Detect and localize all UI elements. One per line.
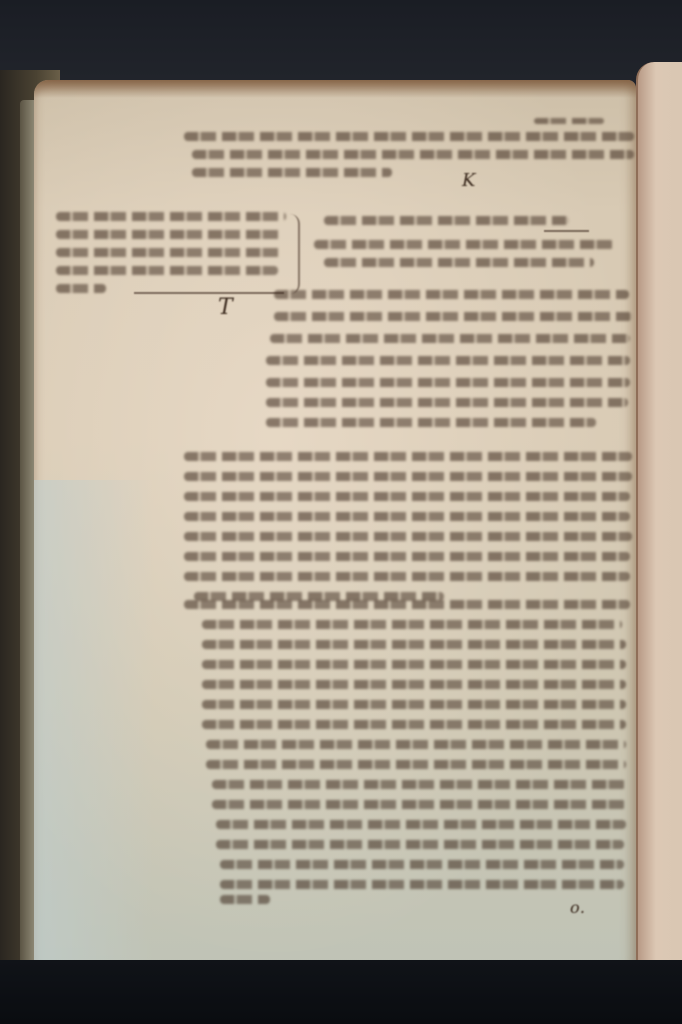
- paragraph-1-line: [266, 378, 630, 387]
- background-cloth: [0, 960, 682, 1024]
- paragraph-2-line: [184, 532, 632, 541]
- entry-heading-line-2: [314, 240, 614, 249]
- paragraph-2-line: [184, 492, 630, 501]
- margin-note-line-2: [56, 230, 284, 239]
- margin-note-line-4: [56, 266, 278, 275]
- paragraph-3-line: [202, 640, 626, 649]
- header-line-2: [192, 150, 634, 159]
- paragraph-3-line: [206, 760, 626, 769]
- paragraph-3-line: [212, 780, 626, 789]
- paragraph-3-line: [202, 620, 622, 629]
- paragraph-3-line: [202, 660, 626, 669]
- header-line-1: [184, 132, 634, 141]
- paragraph-3-line: [216, 820, 626, 829]
- paragraph-1-line: [270, 334, 630, 343]
- entry-heading-underline: [544, 230, 589, 232]
- faded-margin: [34, 480, 154, 970]
- paragraph-3-line: [202, 680, 626, 689]
- paragraph-2-line: [184, 472, 632, 481]
- entry-heading-line-3: [324, 258, 594, 267]
- paragraph-3-line: [220, 860, 624, 869]
- paragraph-2-line: [184, 572, 630, 581]
- signature-mark: K: [462, 170, 476, 191]
- paragraph-3-line: [184, 600, 630, 609]
- paragraph-1-line: [266, 418, 596, 427]
- header-superscript: [534, 118, 604, 124]
- paragraph-3-line: [202, 700, 626, 709]
- margin-bracket: [288, 214, 300, 294]
- paragraph-2-line: [184, 452, 632, 461]
- footer-mark: o.: [570, 898, 585, 917]
- paragraph-1-line: [266, 398, 628, 407]
- margin-note-underline: [134, 292, 284, 294]
- facing-page: [636, 62, 682, 992]
- margin-note-line-5: [56, 284, 106, 293]
- margin-note-line-3: [56, 248, 282, 257]
- entry-heading-line-1: [324, 216, 569, 225]
- paragraph-2-line: [184, 512, 630, 521]
- paragraph-3-line: [216, 840, 624, 849]
- paragraph-1-initial: T: [218, 295, 233, 320]
- paragraph-3-line: [212, 800, 626, 809]
- background-top: [0, 0, 682, 90]
- paragraph-2-line: [184, 552, 630, 561]
- paragraph-1-line: [266, 356, 630, 365]
- paragraph-3-line: [220, 895, 270, 904]
- margin-note-line-1: [56, 212, 286, 221]
- manuscript-page: K T o.: [34, 80, 636, 970]
- paragraph-3-line: [220, 880, 624, 889]
- paragraph-1-line: [274, 312, 632, 321]
- paragraph-3-line: [206, 740, 626, 749]
- paragraph-3-line: [202, 720, 626, 729]
- paragraph-1-line: [274, 290, 629, 299]
- header-line-3: [192, 168, 392, 177]
